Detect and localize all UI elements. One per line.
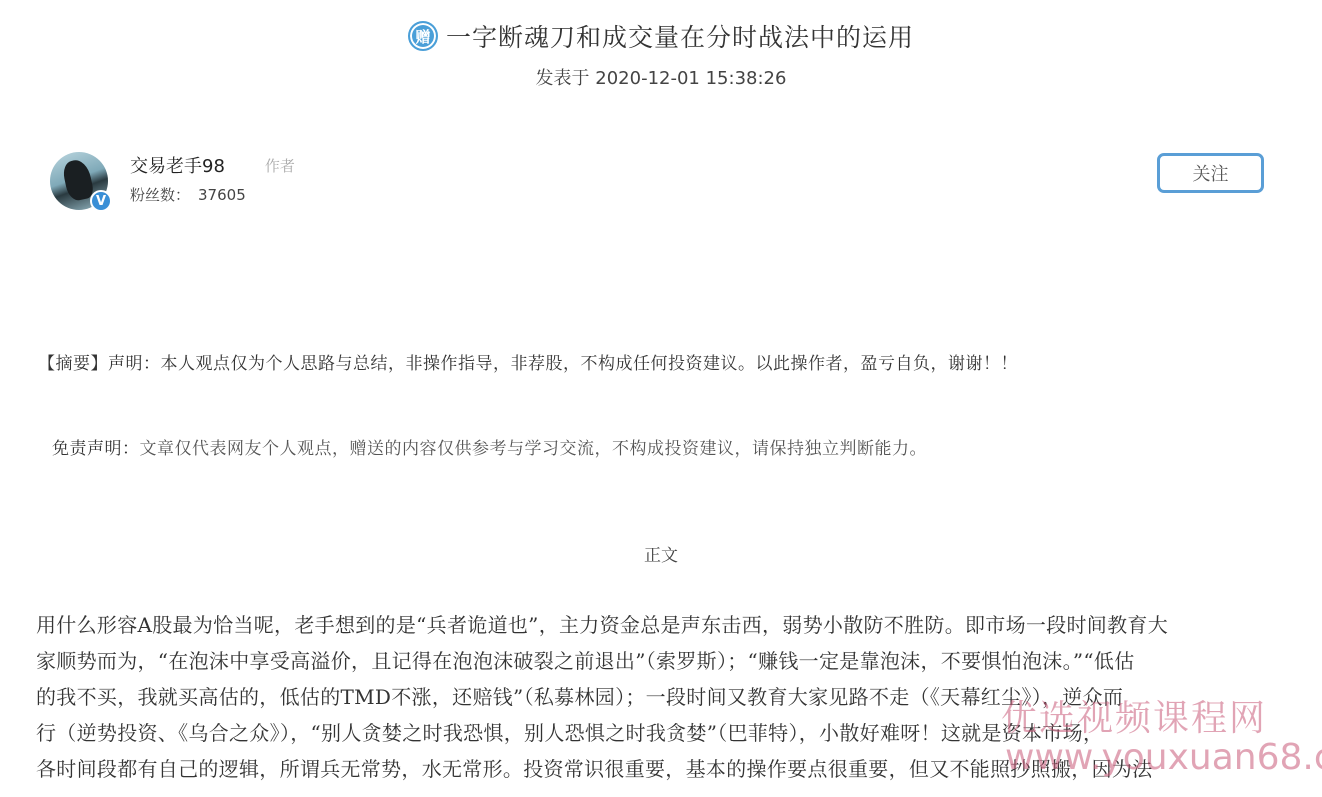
page-title: 一字断魂刀和成交量在分时战法中的运用	[446, 18, 914, 54]
fans-count-row: 粉丝数：37605	[130, 184, 295, 205]
fans-count: 37605	[198, 186, 246, 204]
body-line: 家顺势而为，“在泡沫中享受高溢价，且记得在泡泡沫破裂之前退出”（索罗斯）；“赚钱…	[36, 643, 1296, 679]
body-heading: 正文	[0, 541, 1322, 566]
author-name-row: 交易老手98 作者	[130, 152, 295, 178]
body-line: 各时间段都有自己的逻辑，所谓兵无常势，水无常形。投资常识很重要，基本的操作要点很…	[36, 751, 1296, 787]
author-name[interactable]: 交易老手98	[130, 152, 225, 178]
author-role-label: 作者	[265, 155, 295, 176]
title-row: 赠 一字断魂刀和成交量在分时战法中的运用	[0, 18, 1322, 54]
author-card: V 交易老手98 作者 粉丝数：37605	[50, 152, 295, 210]
follow-button[interactable]: 关注	[1157, 153, 1264, 193]
body-line: 用什么形容A股最为恰当呢，老手想到的是“兵者诡道也”，主力资金总是声东击西，弱势…	[36, 607, 1296, 643]
author-info: 交易老手98 作者 粉丝数：37605	[130, 152, 295, 205]
disclaimer-label: 免责声明：	[52, 439, 140, 459]
gift-icon: 赠	[408, 21, 438, 51]
fans-label: 粉丝数：	[130, 186, 190, 204]
horse-image	[61, 158, 95, 203]
post-timestamp: 发表于 2020-12-01 15:38:26	[0, 64, 1322, 90]
abstract-text: 【摘要】声明：本人观点仅为个人思路与总结，非操作指导，非荐股，不构成任何投资建议…	[38, 349, 1018, 374]
disclaimer: 免责声明：文章仅代表网友个人观点，赠送的内容仅供参考与学习交流，不构成投资建议，…	[52, 434, 927, 459]
verified-icon: V	[90, 190, 112, 212]
title-wrap: 赠 一字断魂刀和成交量在分时战法中的运用	[408, 18, 914, 54]
body-line: 的我不买，我就买高估的，低估的TMD不涨，还赔钱”（私募林园）；一段时间又教育大…	[36, 679, 1296, 715]
body-line: 行（逆势投资、《乌合之众》），“别人贪婪之时我恐惧，别人恐惧之时我贪婪”（巴菲特…	[36, 715, 1296, 751]
article-body: 用什么形容A股最为恰当呢，老手想到的是“兵者诡道也”，主力资金总是声东击西，弱势…	[36, 607, 1296, 787]
avatar[interactable]: V	[50, 152, 108, 210]
disclaimer-text: 文章仅代表网友个人观点，赠送的内容仅供参考与学习交流，不构成投资建议，请保持独立…	[140, 439, 928, 459]
